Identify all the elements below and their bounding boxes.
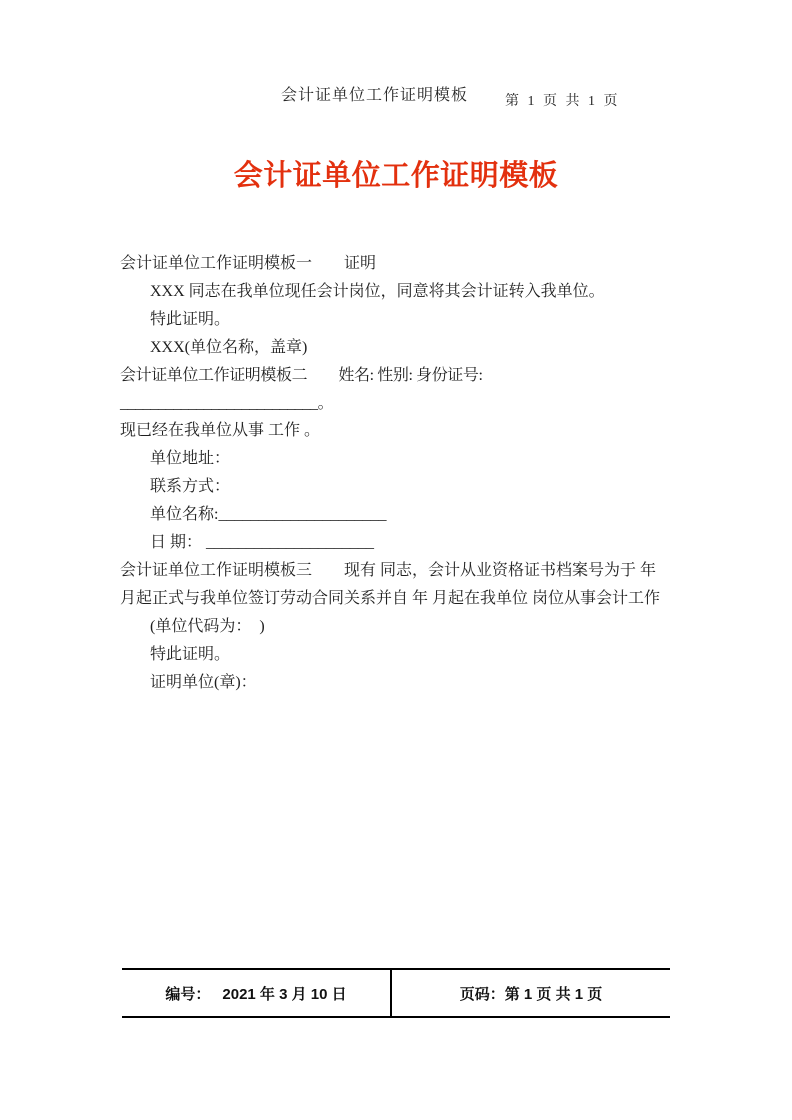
header-doc-title: 会计证单位工作证明模板 [281,82,468,105]
body-line: 单位地址： [120,445,680,473]
body-line: XXX 同志在我单位现任会计岗位，同意将其会计证转入我单位。 [120,278,680,306]
body-line-template2-heading: 会计证单位工作证明模板二 姓名: 性别: 身份证号: _____________… [120,362,680,418]
footer-serial-label: 编号： [165,983,210,1004]
footer-page-label: 页码： [460,983,505,1004]
footer-serial-cell: 编号： 2021 年 3 月 10 日 [122,970,392,1016]
body-line: 单位名称:_____________________ [120,501,680,529]
body-line: 月起正式与我单位签订劳动合同关系并自 年 月起在我单位 岗位从事会计工作 [120,585,680,613]
body-line: 特此证明。 [120,641,680,669]
footer-page-cell: 页码： 第 1 页 共 1 页 [392,970,670,1016]
header-page-number: 第 1 页 共 1 页 [505,90,620,110]
document-title: 会计证单位工作证明模板 [0,153,792,194]
body-line: XXX(单位名称，盖章) [120,334,680,362]
document-page: 会计证单位工作证明模板 第 1 页 共 1 页 会计证单位工作证明模板 会计证单… [0,0,792,1120]
body-line: 证明单位(章)： [120,669,680,697]
body-line-template3-heading: 会计证单位工作证明模板三 现有 同志，会计从业资格证书档案号为于 年 [120,557,680,585]
footer-serial-date: 2021 年 3 月 10 日 [222,983,346,1004]
body-line: 日 期： _____________________ [120,529,680,557]
document-body: 会计证单位工作证明模板一 证明 XXX 同志在我单位现任会计岗位，同意将其会计证… [120,250,680,697]
footer-page-value: 第 1 页 共 1 页 [505,983,603,1004]
body-line: (单位代码为： ) [120,613,680,641]
body-line-template1-heading: 会计证单位工作证明模板一 证明 [120,250,680,278]
body-line: 联系方式： [120,473,680,501]
body-line: 特此证明。 [120,306,680,334]
footer-table: 编号： 2021 年 3 月 10 日 页码： 第 1 页 共 1 页 [122,968,670,1018]
body-line: 现已经在我单位从事 工作 。 [120,417,680,445]
